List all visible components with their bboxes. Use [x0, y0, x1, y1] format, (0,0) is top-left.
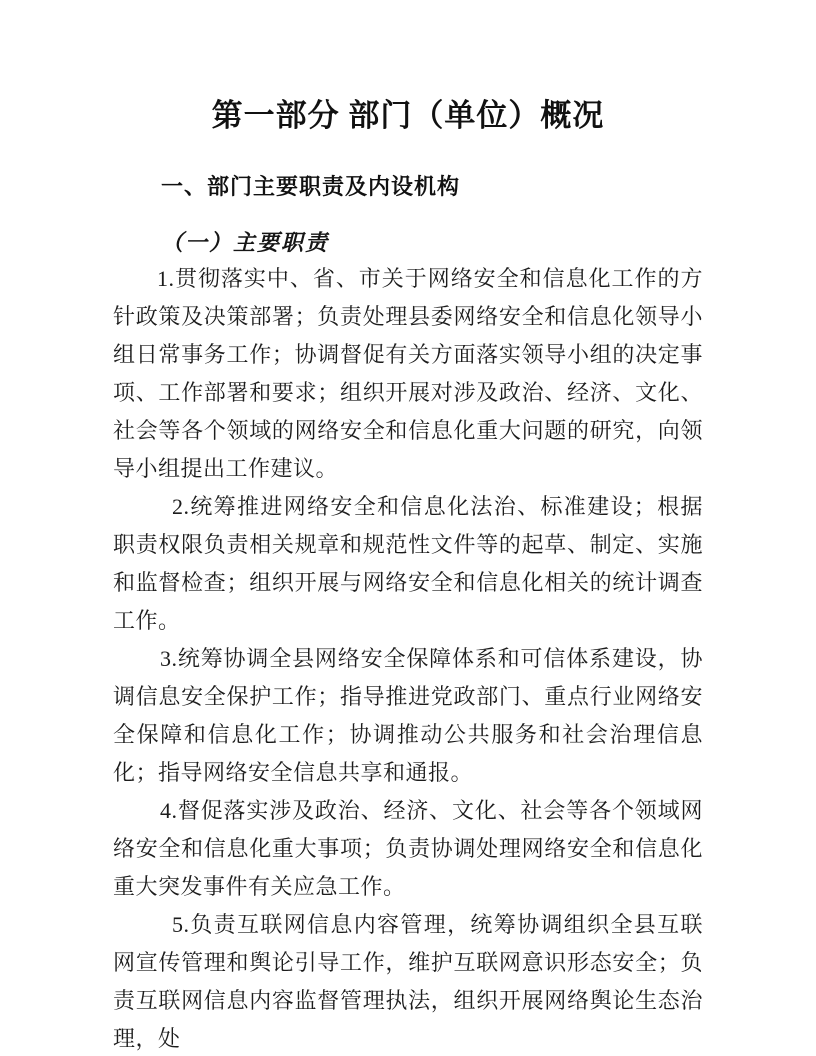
body-text: 1.贯彻落实中、省、市关于网络安全和信息化工作的方针政策及决策部署；负责处理县委…: [113, 258, 703, 1056]
paragraph-duty-5: 5.负责互联网信息内容管理，统筹协调组织全县互联网宣传管理和舆论引导工作，维护互…: [113, 906, 703, 1056]
paragraph-duty-1: 1.贯彻落实中、省、市关于网络安全和信息化工作的方针政策及决策部署；负责处理县委…: [113, 260, 703, 488]
subsection-heading: （一）主要职责: [113, 202, 703, 258]
paragraph-duty-2: 2.统筹推进网络安全和信息化法治、标准建设；根据职责权限负责相关规章和规范性文件…: [113, 488, 703, 640]
paragraph-duty-3: 3.统筹协调全县网络安全保障体系和可信体系建设，协调信息安全保护工作；指导推进党…: [113, 640, 703, 792]
document-page: 第一部分 部门（单位）概况 一、部门主要职责及内设机构 （一）主要职责 1.贯彻…: [0, 0, 816, 1056]
section-heading: 一、部门主要职责及内设机构: [113, 136, 703, 202]
document-content: 第一部分 部门（单位）概况 一、部门主要职责及内设机构 （一）主要职责 1.贯彻…: [0, 0, 816, 1056]
document-title: 第一部分 部门（单位）概况: [113, 0, 703, 136]
paragraph-duty-4: 4.督促落实涉及政治、经济、文化、社会等各个领域网络安全和信息化重大事项；负责协…: [113, 792, 703, 906]
